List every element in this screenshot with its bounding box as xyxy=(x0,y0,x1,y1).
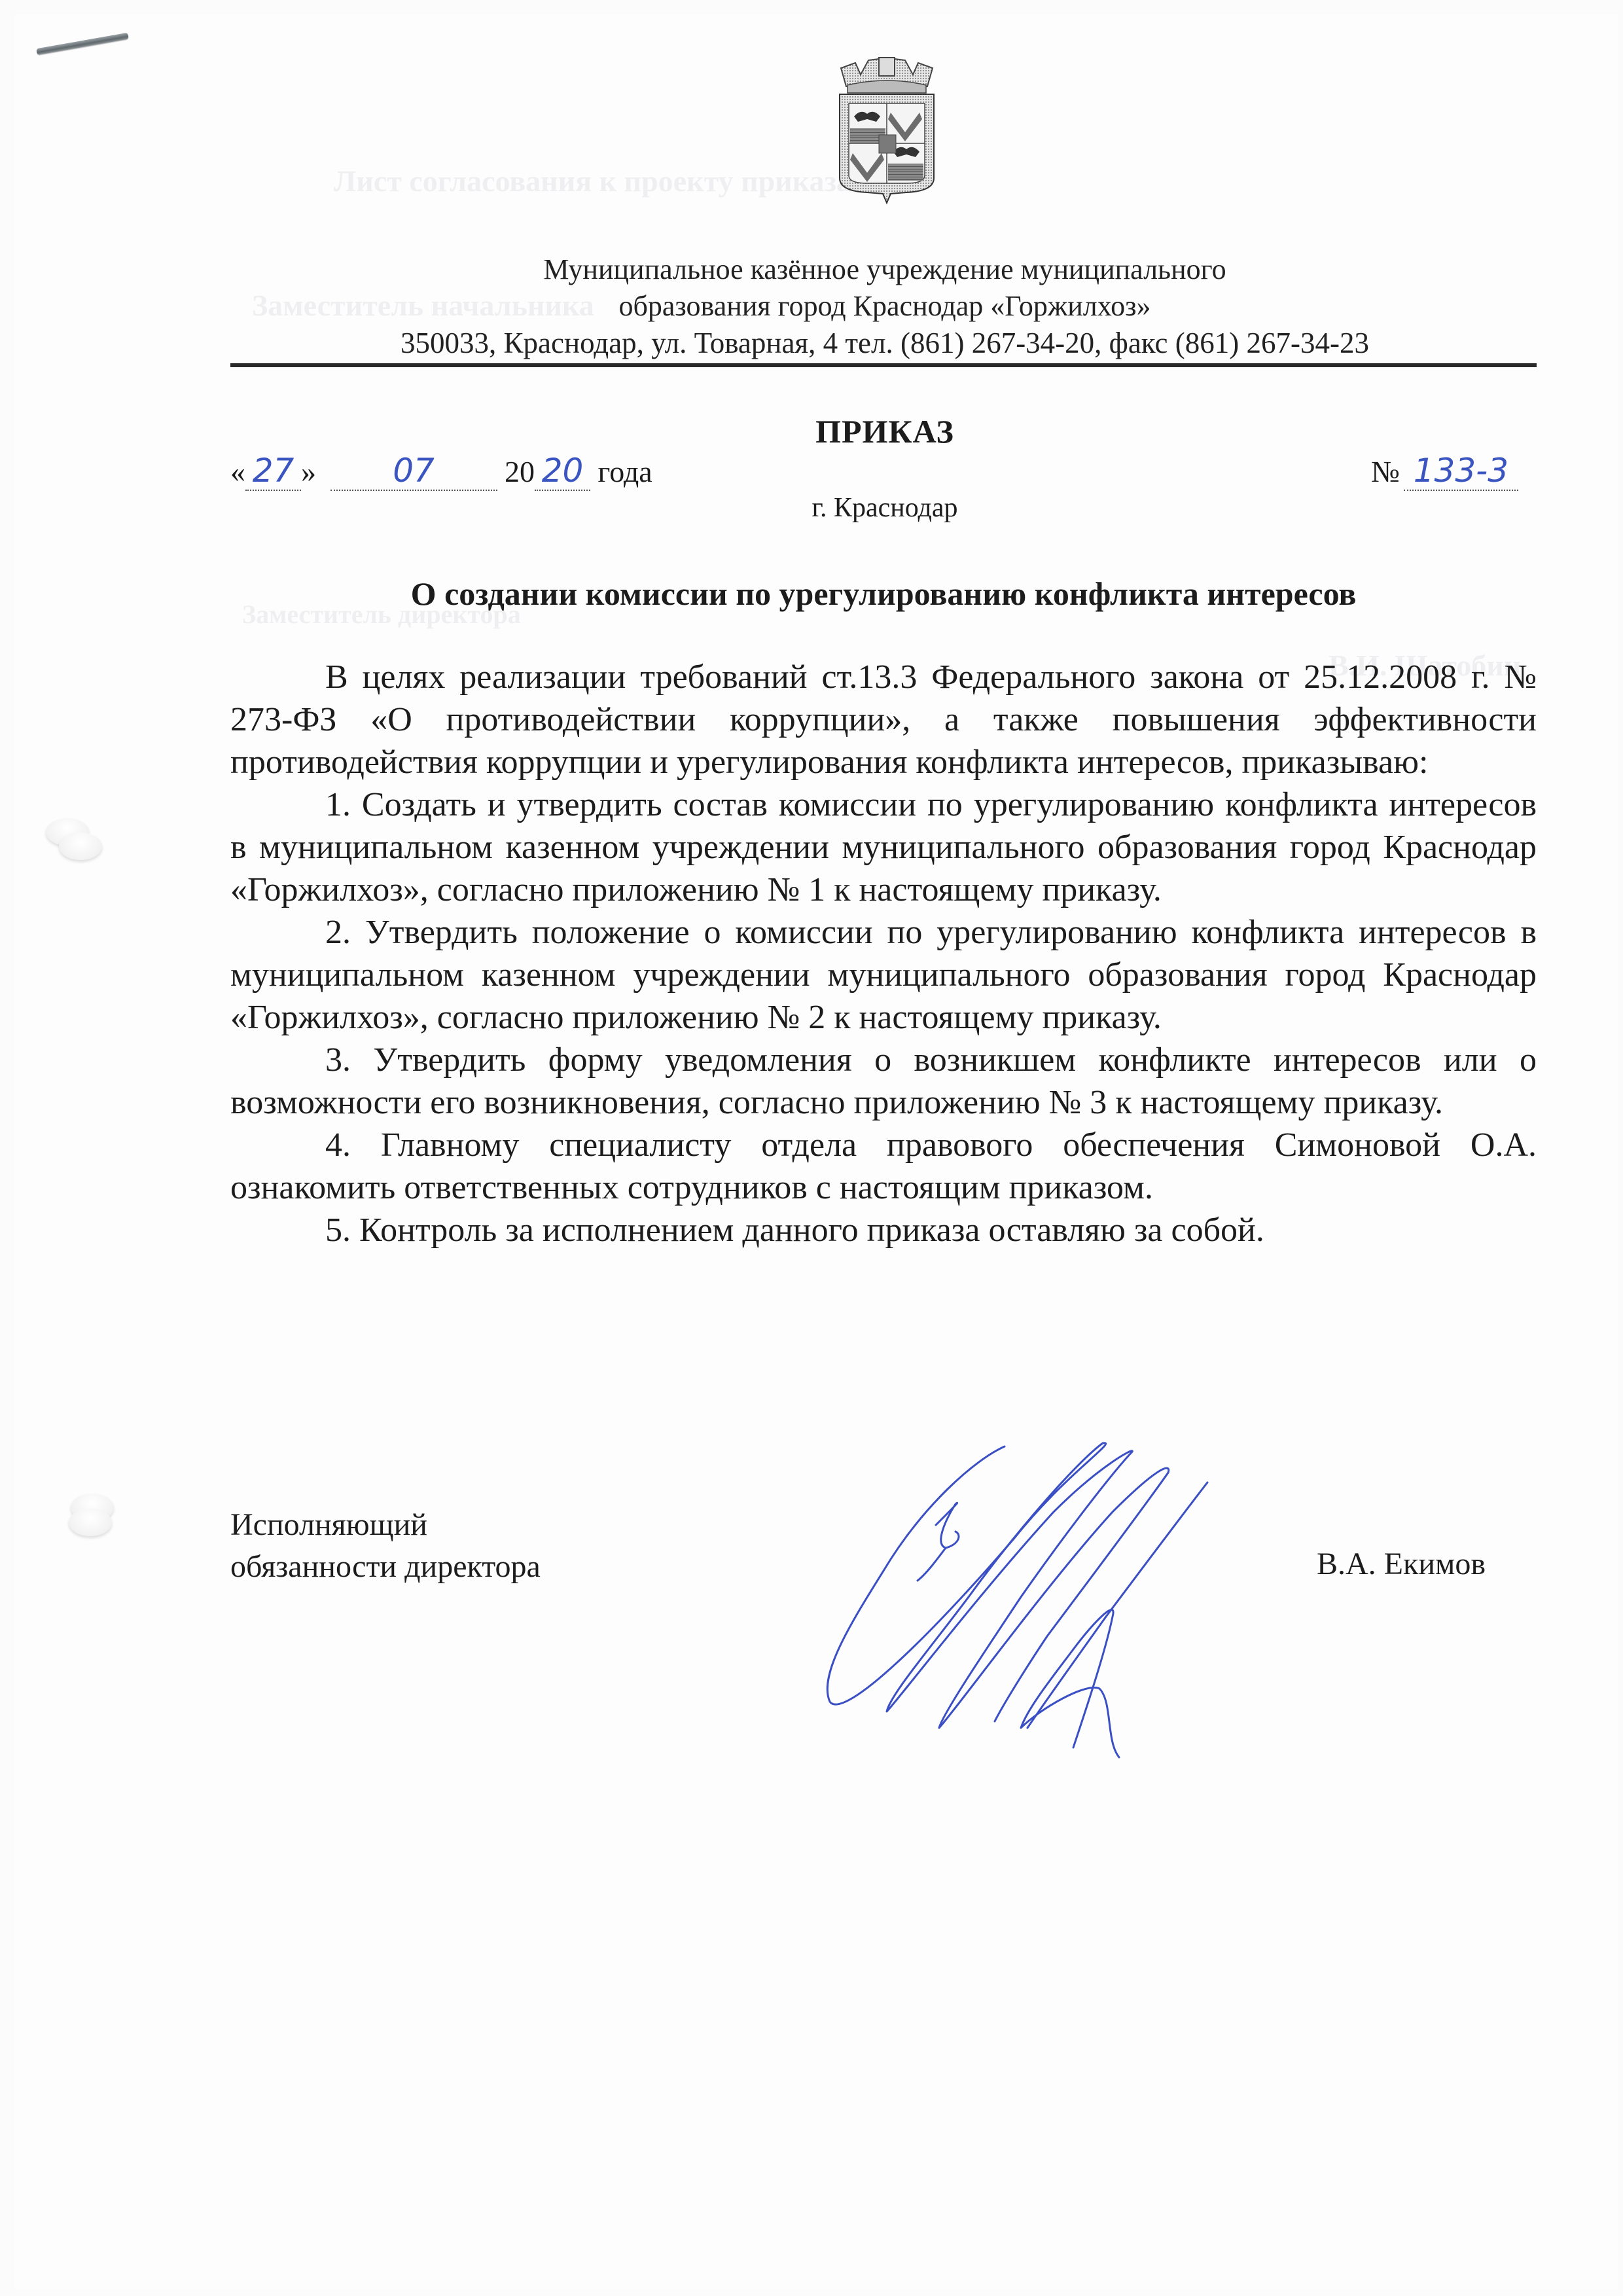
bleed-through-text: Лист согласования к проекту приказа от xyxy=(334,164,888,198)
number-handwritten: 133-3 xyxy=(1404,452,1518,491)
order-item-4: 4. Главному специалисту отдела правового… xyxy=(230,1124,1537,1209)
date-year-word: года xyxy=(598,455,652,488)
date-day-handwritten: 27 xyxy=(245,452,301,491)
position-line1: Исполняющий xyxy=(230,1504,541,1546)
order-subject: О создании комиссии по урегулированию ко… xyxy=(230,575,1537,613)
number-label: № xyxy=(1371,455,1400,488)
date-open-quote: « xyxy=(230,455,245,488)
handwritten-signature-icon xyxy=(805,1420,1289,1826)
preamble-paragraph: В целях реализации требований ст.13.3 Фе… xyxy=(230,656,1537,783)
date-close-quote: » xyxy=(301,455,316,488)
signatory-position: Исполняющий обязанности директора xyxy=(230,1504,541,1588)
org-name-line1: Муниципальное казённое учреждение муници… xyxy=(230,251,1539,288)
punch-hole xyxy=(69,1509,112,1536)
date-month-handwritten: 07 xyxy=(330,452,497,491)
order-item-2: 2. Утвердить положение о комиссии по уре… xyxy=(230,911,1537,1039)
org-name-line2: образования город Краснодар «Горжилхоз» xyxy=(230,288,1539,325)
order-date: «27» 07 2020 года xyxy=(230,452,652,491)
order-item-3: 3. Утвердить форму уведомления о возникш… xyxy=(230,1039,1537,1124)
punch-hole xyxy=(59,833,102,860)
order-item-5: 5. Контроль за исполнением данного прика… xyxy=(230,1209,1537,1251)
letterhead: Муниципальное казённое учреждение муници… xyxy=(230,251,1539,361)
letterhead-divider xyxy=(230,363,1537,367)
date-year-prefix: 20 xyxy=(505,455,535,488)
org-address: 350033, Краснодар, ул. Товарная, 4 тел. … xyxy=(230,325,1539,361)
coat-of-arms-icon xyxy=(828,54,946,211)
order-item-1: 1. Создать и утвердить состав комиссии п… xyxy=(230,783,1537,911)
position-line2: обязанности директора xyxy=(230,1546,541,1588)
document-title: ПРИКАЗ xyxy=(230,412,1539,450)
date-year-handwritten: 20 xyxy=(535,452,590,491)
document-city: г. Краснодар xyxy=(230,492,1539,524)
order-number: №133-3 xyxy=(1371,452,1518,491)
signer-name: В.А. Екимов xyxy=(1317,1546,1486,1582)
order-body: В целях реализации требований ст.13.3 Фе… xyxy=(230,656,1537,1251)
